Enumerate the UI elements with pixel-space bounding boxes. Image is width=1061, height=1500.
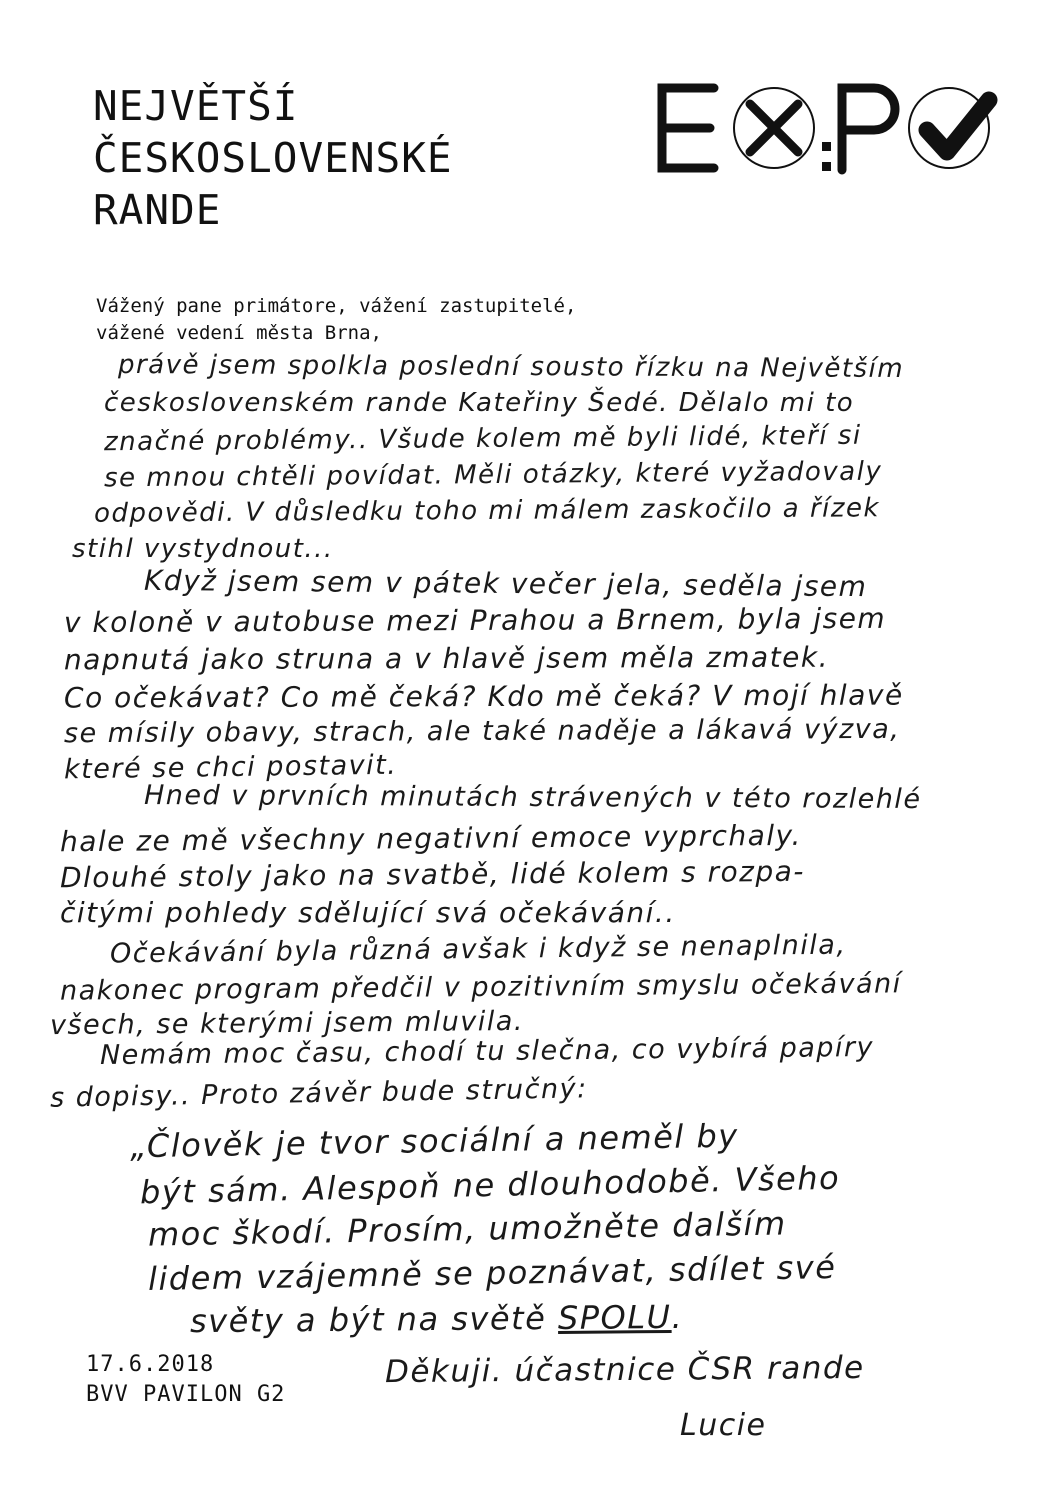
letter-line: Očekávání byla různá avšak i když se nen… xyxy=(110,930,847,970)
letter-line: Co očekávat? Co mě čeká? Kdo mě čeká? V … xyxy=(64,679,904,715)
letter-line-with-emphasis: světy a být na světě SPOLU. xyxy=(190,1298,684,1340)
emphasized-word: SPOLU xyxy=(558,1298,672,1337)
letter-line: odpovědi. V důsledku toho mi málem zasko… xyxy=(94,493,880,528)
letter-line: v koloně v autobuse mezi Prahou a Brnem,… xyxy=(64,602,886,639)
letter-line: s dopisy.. Proto závěr bude stručný: xyxy=(50,1073,588,1113)
letter-line: stihl vystydnout... xyxy=(72,534,334,564)
letter-line: čitými pohledy sdělující svá očekávání.. xyxy=(60,896,676,929)
letter-line: československém rande Kateřiny Šedé. Děl… xyxy=(104,388,854,418)
letter-line: napnutá jako struna a v hlavě jsem měla … xyxy=(64,641,829,677)
letter-line: právě jsem spolkla poslední sousto řízku… xyxy=(118,350,904,384)
event-venue: BVV PAVILON G2 xyxy=(86,1380,285,1410)
emphasis-suffix: . xyxy=(671,1298,683,1336)
letter-line: Dlouhé stoly jako na svatbě, lidé kolem … xyxy=(60,855,805,894)
letter-line: Hned v prvních minutách strávených v tét… xyxy=(144,780,922,815)
signature-name: Lucie xyxy=(680,1408,767,1443)
letter-line: se mísily obavy, strach, ale také naděje… xyxy=(64,714,901,749)
letter-line: být sám. Alespoň ne dlouhodobě. Všeho xyxy=(140,1159,841,1212)
letter-line: moc škodí. Prosím, umožněte dalším xyxy=(148,1204,787,1253)
letter-line-text: světy a být na světě xyxy=(190,1299,547,1340)
letter-line: „Člověk je tvor sociální a neměl by xyxy=(130,1117,739,1166)
letter-line: nakonec program předčil v pozitivním smy… xyxy=(60,968,902,1006)
event-date: 17.6.2018 xyxy=(86,1350,285,1380)
event-info: 17.6.2018 BVV PAVILON G2 xyxy=(86,1350,285,1410)
signature-line: Děkuji. účastnice ČSR rande xyxy=(385,1350,865,1390)
letter-line: lidem vzájemně se poznávat, sdílet své xyxy=(148,1248,837,1298)
letter-line: hale ze mě všechny negativní emoce vyprc… xyxy=(60,819,802,858)
handwritten-letter: právě jsem spolkla poslední sousto řízku… xyxy=(0,0,1061,1500)
letter-line: se mnou chtěli povídat. Měli otázky, kte… xyxy=(104,457,883,494)
letter-line: značné problémy.. Všude kolem mě byli li… xyxy=(104,421,862,458)
letter-line: Když jsem sem v pátek večer jela, seděla… xyxy=(144,564,868,603)
